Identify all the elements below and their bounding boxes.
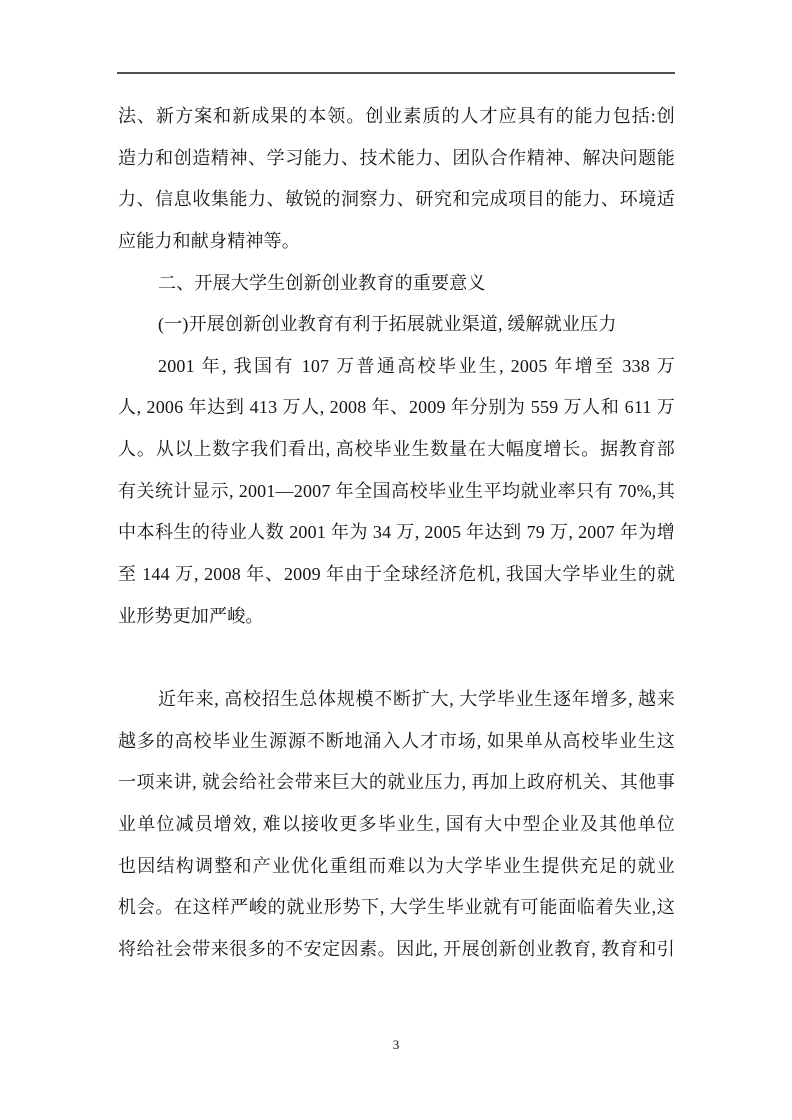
text-line: 业形势更加严峻。 bbox=[118, 596, 675, 638]
text-line: 法、新方案和新成果的本领。创业素质的人才应具有的能力包括:创 bbox=[118, 96, 675, 138]
text-line: 二、开展大学生创新创业教育的重要意义 bbox=[118, 263, 675, 305]
text-line: 越多的高校毕业生源源不断地涌入人才市场, 如果单从高校毕业生这 bbox=[118, 721, 675, 763]
text-line: 造力和创造精神、学习能力、技术能力、团队合作精神、解决问题能 bbox=[118, 138, 675, 180]
text-line: 人。从以上数字我们看出, 高校毕业生数量在大幅度增长。据教育部 bbox=[118, 429, 675, 471]
text-line: 力、信息收集能力、敏锐的洞察力、研究和完成项目的能力、环境适 bbox=[118, 179, 675, 221]
text-line: 至 144 万, 2008 年、2009 年由于全球经济危机, 我国大学毕业生的… bbox=[118, 554, 675, 596]
text-line: 业单位减员增效, 难以接收更多毕业生, 国有大中型企业及其他单位 bbox=[118, 804, 675, 846]
document-page: 法、新方案和新成果的本领。创业素质的人才应具有的能力包括:创造力和创造精神、学习… bbox=[0, 0, 792, 1120]
document-text: 法、新方案和新成果的本领。创业素质的人才应具有的能力包括:创造力和创造精神、学习… bbox=[118, 96, 675, 970]
text-line: 人, 2006 年达到 413 万人, 2008 年、2009 年分别为 559… bbox=[118, 387, 675, 429]
text-line: 中本科生的待业人数 2001 年为 34 万, 2005 年达到 79 万, 2… bbox=[118, 512, 675, 554]
text-line: 将给社会带来很多的不安定因素。因此, 开展创新创业教育, 教育和引 bbox=[118, 929, 675, 971]
header-rule bbox=[117, 72, 675, 74]
text-line: (一)开展创新创业教育有利于拓展就业渠道, 缓解就业压力 bbox=[118, 304, 675, 346]
text-line: 有关统计显示, 2001—2007 年全国高校毕业生平均就业率只有 70%,其 bbox=[118, 471, 675, 513]
text-line: 也因结构调整和产业优化重组而难以为大学毕业生提供充足的就业 bbox=[118, 846, 675, 888]
text-line: 机会。在这样严峻的就业形势下, 大学生毕业就有可能面临着失业,这 bbox=[118, 887, 675, 929]
page-number: 3 bbox=[393, 1037, 400, 1052]
text-line: 一项来讲, 就会给社会带来巨大的就业压力, 再加上政府机关、其他事 bbox=[118, 762, 675, 804]
text-line: 近年来, 高校招生总体规模不断扩大, 大学毕业生逐年增多, 越来 bbox=[118, 679, 675, 721]
text-line: 应能力和献身精神等。 bbox=[118, 221, 675, 263]
blank-line bbox=[118, 637, 675, 679]
page-footer: 3 bbox=[0, 1036, 792, 1054]
text-line: 2001 年, 我国有 107 万普通高校毕业生, 2005 年增至 338 万 bbox=[118, 346, 675, 388]
